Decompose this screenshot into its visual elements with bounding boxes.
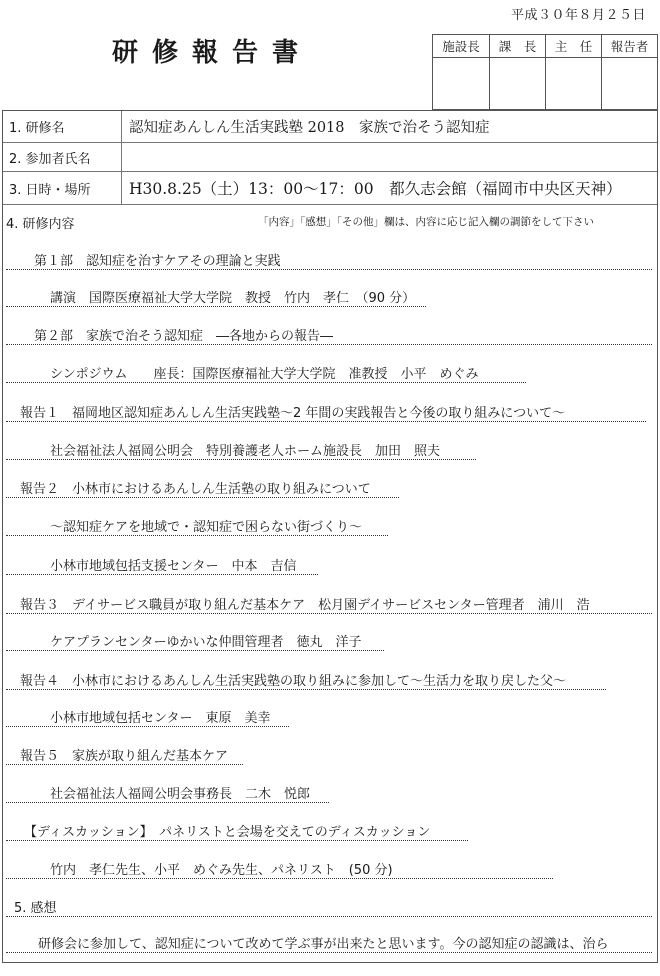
approval-header-supervisor: 主 任 [546,35,602,58]
content-line[interactable]: 報告１ 福岡地区認知症あんしん生活実践塾〜2 年間の実践報告と今後の取り組みにつ… [6,402,646,422]
participant-name-label: 2. 参加者氏名 [3,143,122,171]
approval-header-reporter: 報告者 [602,35,657,58]
content-line[interactable]: 講演 国際医療福祉大学大学院 教授 竹内 孝仁 （90 分） [6,287,426,307]
content-line[interactable]: 小林市地域包括支援センター 中本 吉信 [6,555,318,575]
content-line-text: 報告５ 家族が取り組んだ基本ケア [6,745,228,764]
page-title: 研修報告書 [112,32,312,69]
datetime-place-label: 3. 日時・場所 [3,172,122,204]
content-line-text: 第２部 家族で治そう認知症 ―各地からの報告― [6,325,333,344]
content-line[interactable]: シンポジウム 座長：国際医療福祉大学大学院 准教授 小平 めぐみ [6,363,526,383]
content-line[interactable]: 竹内 孝仁先生、小平 めぐみ先生、パネリスト (50 分) [6,859,553,879]
content-line[interactable]: 報告２ 小林市におけるあんしん生活塾の取り組みについて [6,478,399,498]
content-line[interactable]: 【ディスカッション】 パネリストと会場を交えてのディスカッション [6,821,468,841]
approval-header-facility-director: 施設長 [433,35,490,58]
section-training-content-label: 4. 研修内容 [6,213,75,232]
content-line[interactable]: ケアプランセンターゆかいな仲間管理者 徳丸 洋子 [6,631,384,651]
impressions-text[interactable]: 研修会に参加して、認知症について改めて学ぶ事が出来たと思います。今の認知症の認識… [6,933,652,953]
report-date: 平成３０年８月２５日 [511,4,646,23]
content-line-text: 【ディスカッション】 パネリストと会場を交えてのディスカッション [6,821,430,840]
content-line[interactable]: 〜認知症ケアを地域で・認知症で困らない街づくり〜 [6,516,388,536]
row-participant-name: 2. 参加者氏名 [3,143,657,172]
content-line-text: シンポジウム 座長：国際医療福祉大学大学院 准教授 小平 めぐみ [6,363,479,382]
content-line-text: 社会福祉法人福岡公明会 特別養護老人ホーム施設長 加田 照夫 [6,440,440,459]
approval-stamp-facility-director[interactable] [433,58,490,109]
content-line[interactable]: 報告４ 小林市におけるあんしん生活実践塾の取り組みに参加して〜生活力を取り戻した… [6,670,606,690]
datetime-place-value[interactable]: H30.8.25（土）13：00〜17：00 都久志会館（福岡市中央区天神） [129,172,622,204]
section-note: 「内容」「感想」「その他」欄は、内容に応じ記入欄の調節をして下さい [258,214,594,229]
content-line-text: 報告３ デイサービス職員が取り組んだ基本ケア 松月園デイサービスセンター管理者 … [6,594,590,613]
content-line[interactable]: 報告５ 家族が取り組んだ基本ケア [6,745,243,765]
content-line-text: 報告２ 小林市におけるあんしん生活塾の取り組みについて [6,478,371,497]
approval-stamp-supervisor[interactable] [546,58,602,109]
content-line-text: 竹内 孝仁先生、小平 めぐみ先生、パネリスト (50 分) [6,859,393,878]
approval-header-section-chief: 課 長 [490,35,546,58]
content-line-text: 社会福祉法人福岡公明会事務長 二木 悦郎 [6,783,310,802]
training-name-value[interactable]: 認知症あんしん生活実践塾 2018 家族で治そう認知症 [129,111,490,142]
approval-stamp-table: 施設長 課 長 主 任 報告者 [432,34,658,110]
content-line-text: 報告４ 小林市におけるあんしん生活実践塾の取り組みに参加して〜生活力を取り戻した… [6,670,566,689]
approval-stamp-reporter[interactable] [602,58,657,109]
content-line[interactable]: 小林市地域包括センター 東原 美幸 [6,707,289,727]
content-line-text: 小林市地域包括センター 東原 美幸 [6,707,270,726]
content-line-text: 〜認知症ケアを地域で・認知症で困らない街づくり〜 [6,516,362,535]
section-impressions-label: 5. 感想 [6,897,652,917]
row-training-name: 1. 研修名 認知症あんしん生活実践塾 2018 家族で治そう認知症 [3,111,657,143]
content-line[interactable]: 社会福祉法人福岡公明会 特別養護老人ホーム施設長 加田 照夫 [6,440,476,460]
content-line-text: 第１部 認知症を治すケアその理論と実践 [6,250,281,269]
content-line[interactable]: 第１部 認知症を治すケアその理論と実践 [6,250,652,270]
content-line-text: 報告１ 福岡地区認知症あんしん生活実践塾〜2 年間の実践報告と今後の取り組みにつ… [6,402,565,421]
content-line[interactable]: 報告３ デイサービス職員が取り組んだ基本ケア 松月園デイサービスセンター管理者 … [6,594,652,614]
content-line-text: 小林市地域包括支援センター 中本 吉信 [6,555,296,574]
content-line-text: 講演 国際医療福祉大学大学院 教授 竹内 孝仁 （90 分） [6,287,415,306]
training-name-label: 1. 研修名 [3,111,122,142]
content-line-text: ケアプランセンターゆかいな仲間管理者 徳丸 洋子 [6,631,361,650]
content-line[interactable]: 社会福祉法人福岡公明会事務長 二木 悦郎 [6,783,329,803]
approval-stamp-section-chief[interactable] [490,58,546,109]
content-line[interactable]: 第２部 家族で治そう認知症 ―各地からの報告― [6,325,652,345]
row-datetime-place: 3. 日時・場所 H30.8.25（土）13：00〜17：00 都久志会館（福岡… [3,172,657,205]
